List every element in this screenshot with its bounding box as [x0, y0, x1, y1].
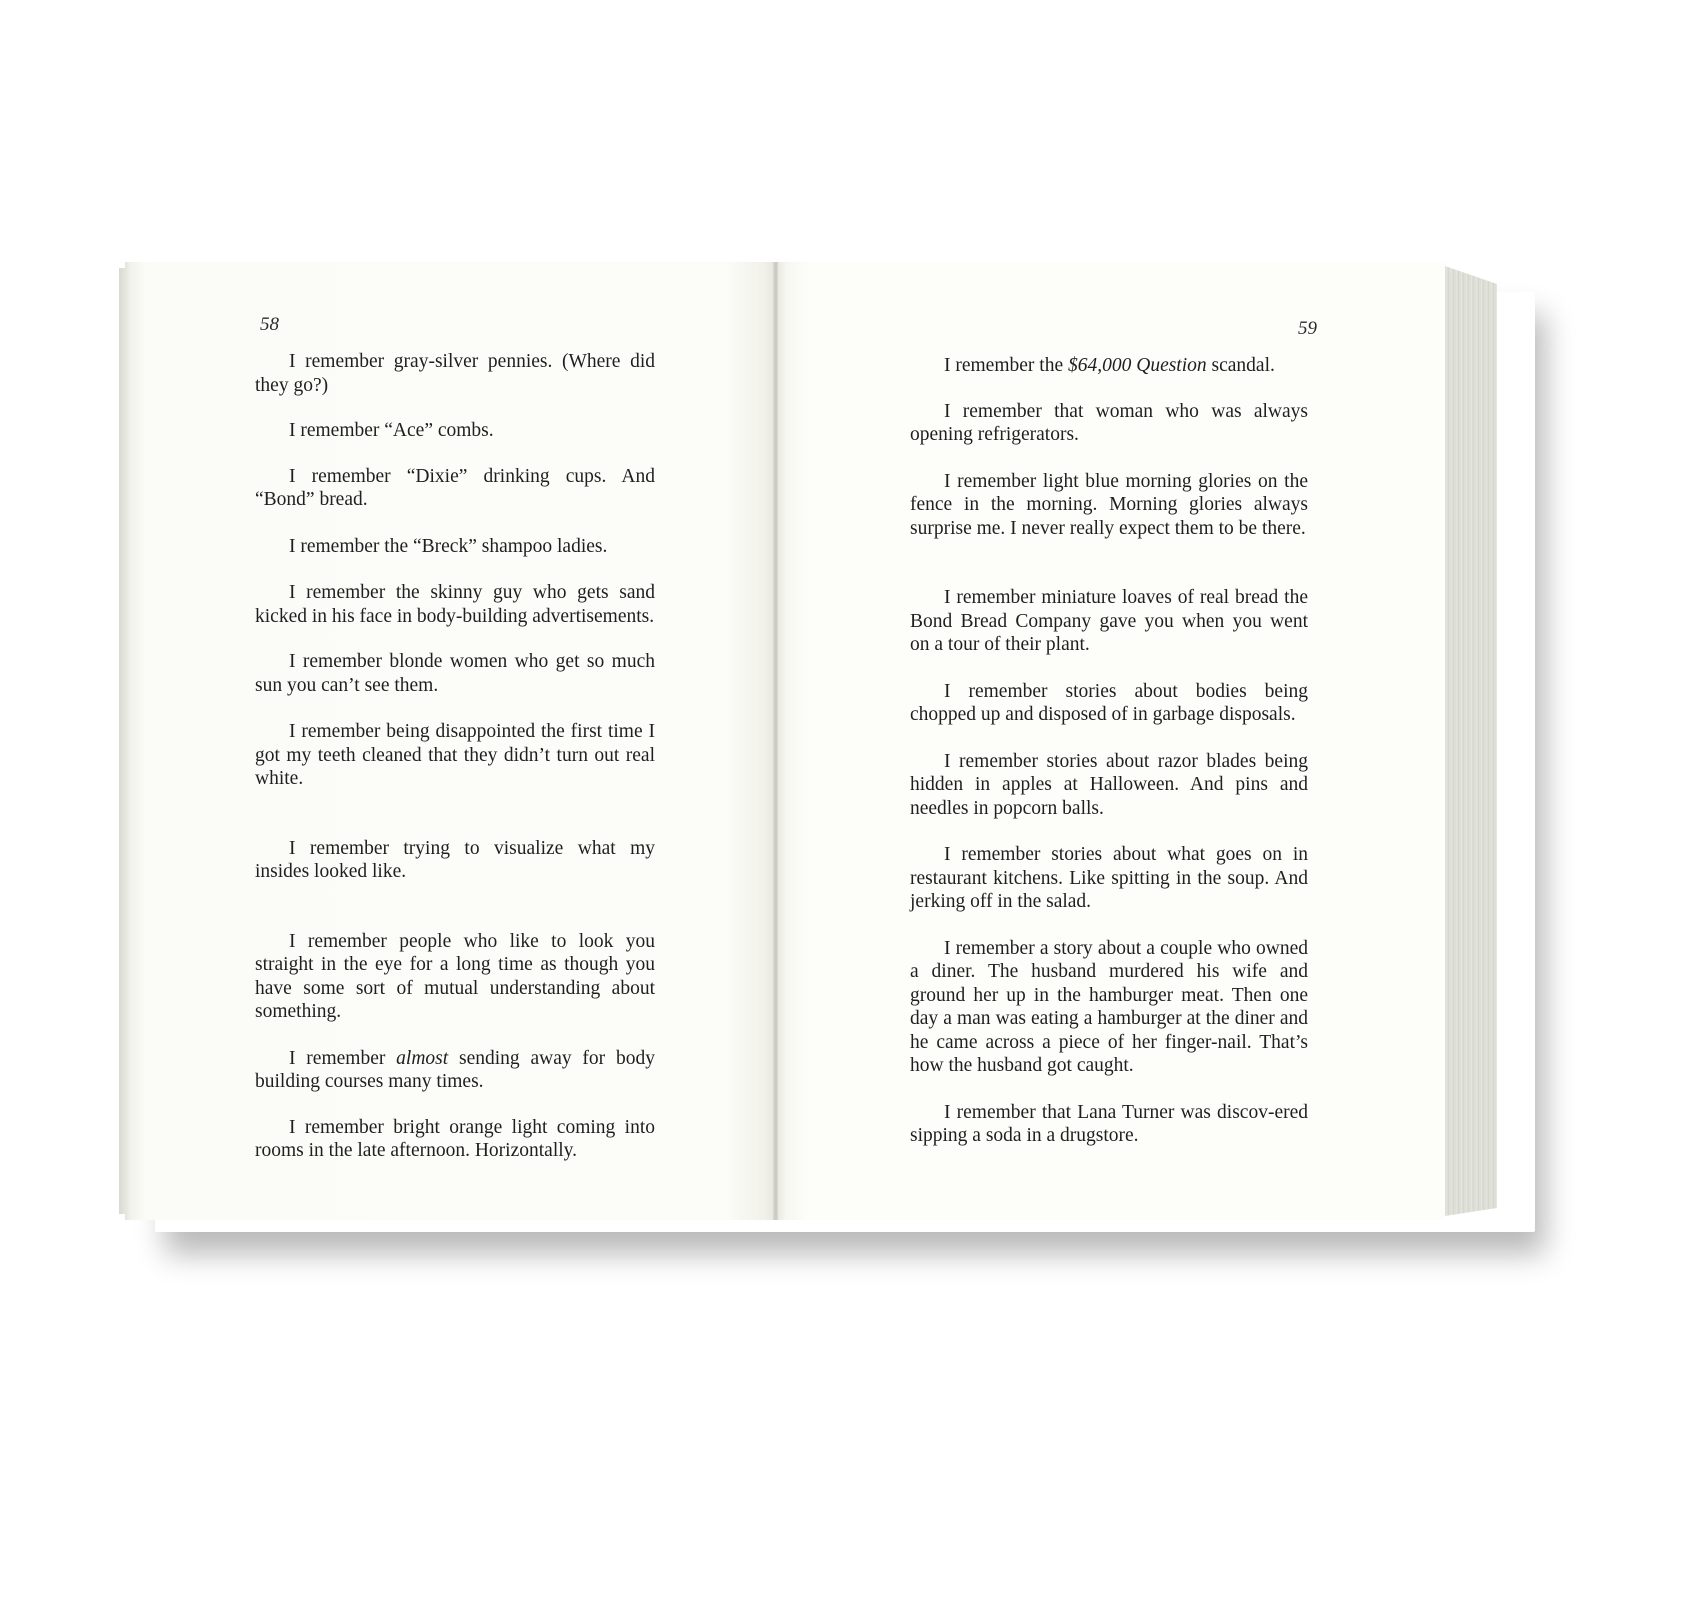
right-page: 59 I remember the $64,000 Question scand… [778, 262, 1445, 1220]
paragraph: I remember gray-silver pennies. (Where d… [255, 350, 655, 397]
page-number-right: 59 [1298, 318, 1317, 340]
paragraph: I remember stories about what goes on in… [910, 843, 1308, 914]
paragraph: I remember “Ace” combs. [255, 419, 655, 443]
left-page: 58 I remember gray-silver pennies. (Wher… [125, 262, 775, 1220]
page-number-left: 58 [260, 314, 279, 336]
paragraph: I remember that Lana Turner was discov-e… [910, 1101, 1308, 1148]
paragraph: I remember a story about a couple who ow… [910, 937, 1308, 1078]
paragraph: I remember almost sending away for body … [255, 1047, 655, 1094]
emphasis: almost [396, 1048, 448, 1069]
paragraph: I remember the “Breck” shampoo ladies. [255, 535, 655, 559]
paragraph: I remember that woman who was always ope… [910, 400, 1308, 447]
page-stack-edge [1445, 266, 1497, 1216]
paragraph: I remember stories about bodies being ch… [910, 680, 1308, 727]
open-book: 58 I remember gray-silver pennies. (Wher… [125, 262, 1445, 1220]
paragraph: I remember “Dixie” drinking cups. And “B… [255, 465, 655, 512]
paragraph: I remember bright orange light coming in… [255, 1116, 655, 1163]
paragraph: I remember stories about razor blades be… [910, 750, 1308, 821]
paragraph: I remember miniature loaves of real brea… [910, 586, 1308, 657]
emphasis: $64,000 Question [1068, 355, 1207, 376]
paragraph: I remember people who like to look you s… [255, 930, 655, 1024]
paragraph: I remember light blue morning glories on… [910, 470, 1308, 541]
paragraph: I remember blonde women who get so much … [255, 650, 655, 697]
right-page-text: I remember the $64,000 Question scandal.… [910, 354, 1308, 1148]
paragraph: I remember the $64,000 Question scandal. [910, 354, 1308, 378]
paragraph: I remember trying to visualize what my i… [255, 837, 655, 884]
paragraph: I remember being disappointed the first … [255, 720, 655, 791]
paragraph: I remember the skinny guy who gets sand … [255, 581, 655, 628]
left-page-text: I remember gray-silver pennies. (Where d… [255, 350, 655, 1163]
